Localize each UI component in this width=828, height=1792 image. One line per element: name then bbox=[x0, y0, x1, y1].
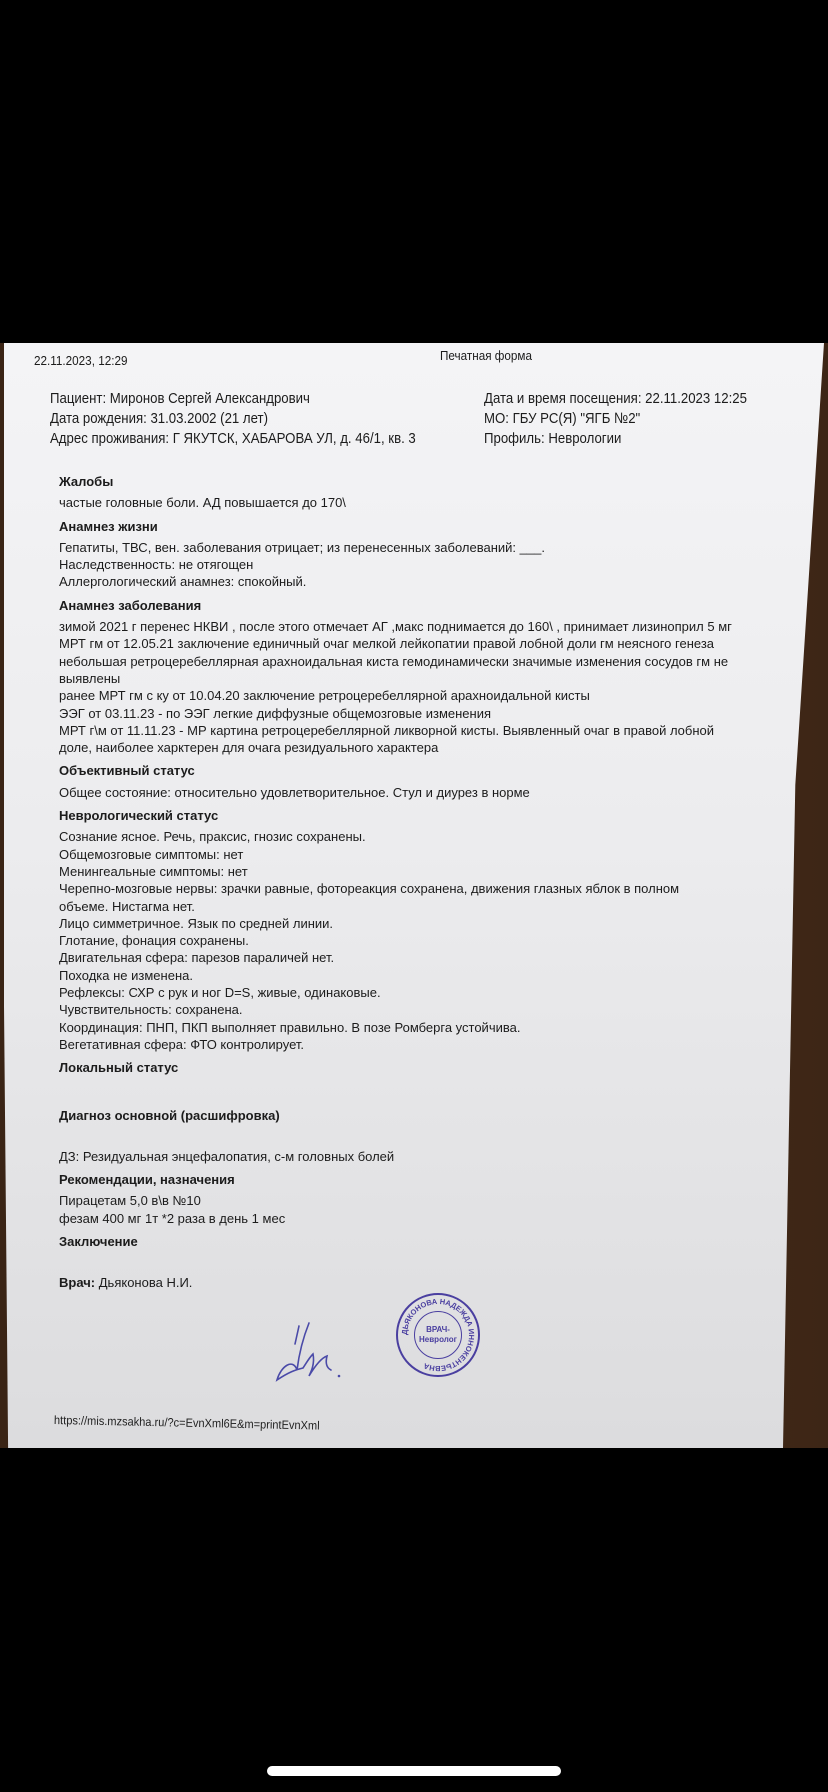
section-title: Неврологический статус bbox=[59, 807, 732, 824]
section-conclusion: Заключение bbox=[59, 1233, 732, 1274]
section-line: ЭЭГ от 03.11.23 - по ЭЭГ легкие диффузны… bbox=[59, 705, 732, 722]
stamp-center: ВРАЧ- Невролог bbox=[414, 1311, 462, 1359]
section-line: Чувствительность: сохранена. bbox=[59, 1001, 732, 1018]
section-title: Заключение bbox=[59, 1233, 732, 1250]
section-title: Объективный статус bbox=[59, 762, 732, 779]
section-line: Аллергологический анамнез: спокойный. bbox=[59, 573, 732, 590]
visit-info-right: Дата и время посещения: 22.11.2023 12:25… bbox=[484, 389, 747, 449]
document-photo: 22.11.2023, 12:29 Печатная форма Пациент… bbox=[0, 343, 828, 1448]
section-neuro-status: Неврологический статусСознание ясное. Ре… bbox=[59, 807, 732, 1053]
doctor-name: Дьяконова Н.И. bbox=[99, 1275, 193, 1290]
section-diagnosis: Диагноз основной (расшифровка)ДЗ: Резиду… bbox=[59, 1107, 732, 1166]
stamp-line-1: ВРАЧ- bbox=[426, 1325, 450, 1335]
section-line: ранее МРТ гм с ку от 10.04.20 заключение… bbox=[59, 687, 732, 704]
section-line: Походка не изменена. bbox=[59, 967, 732, 984]
section-line: Общее состояние: относительно удовлетвор… bbox=[59, 784, 732, 801]
section-title: Анамнез заболевания bbox=[59, 597, 732, 614]
section-disease-history: Анамнез заболеваниязимой 2021 г перенес … bbox=[59, 597, 732, 757]
footer-url: https://mis.mzsakha.ru/?c=EvnXml6E&m=pri… bbox=[54, 1413, 320, 1433]
signature-icon bbox=[269, 1318, 349, 1388]
section-recommendations: Рекомендации, назначения Пирацетам 5,0 в… bbox=[59, 1171, 732, 1227]
section-line: ДЗ: Резидуальная энцефалопатия, с-м голо… bbox=[59, 1148, 732, 1165]
patient-address: Адрес проживания: Г ЯКУТСК, ХАБАРОВА УЛ,… bbox=[50, 429, 416, 449]
section-title: Диагноз основной (расшифровка) bbox=[59, 1107, 732, 1124]
printed-at: 22.11.2023, 12:29 bbox=[34, 353, 127, 368]
section-complaints: Жалобычастые головные боли. АД повышаетс… bbox=[59, 473, 732, 512]
section-line: Вегетативная сфера: ФТО контролирует. bbox=[59, 1036, 732, 1053]
section-line: Сознание ясное. Речь, праксис, гнозис со… bbox=[59, 828, 732, 845]
section-line: Координация: ПНП, ПКП выполняет правильн… bbox=[59, 1019, 732, 1036]
section-line: зимой 2021 г перенес НКВИ , после этого … bbox=[59, 618, 732, 635]
visit-datetime: Дата и время посещения: 22.11.2023 12:25 bbox=[484, 389, 747, 409]
doctor-line: Врач: Дьяконова Н.И. bbox=[59, 1274, 732, 1291]
patient-name: Пациент: Миронов Сергей Александрович bbox=[50, 389, 416, 409]
section-line: выявлены bbox=[59, 670, 732, 687]
section-line: Наследственность: не отягощен bbox=[59, 556, 732, 573]
section-line: доле, наиболее харктерен для очага резид… bbox=[59, 739, 732, 756]
profile: Профиль: Неврологии bbox=[484, 429, 747, 449]
patient-birthdate: Дата рождения: 31.03.2002 (21 лет) bbox=[50, 409, 416, 429]
section-life-history: Анамнез жизниГепатиты, ТВС, вен. заболев… bbox=[59, 518, 732, 591]
doctor-stamp: ДЬЯКОНОВА НАДЕЖДА ИННОКЕНТЬЕВНА ВРАЧ- Не… bbox=[396, 1293, 480, 1377]
home-indicator[interactable] bbox=[267, 1766, 561, 1776]
section-line: небольшая ретроцеребеллярная арахноидаль… bbox=[59, 653, 732, 670]
section-line: Общемозговые симптомы: нет bbox=[59, 846, 732, 863]
doctor-label: Врач: bbox=[59, 1275, 95, 1290]
section-line: Черепно-мозговые нервы: зрачки равные, ф… bbox=[59, 880, 732, 897]
section-line: Двигательная сфера: парезов параличей не… bbox=[59, 949, 732, 966]
medical-organization: МО: ГБУ РС(Я) "ЯГБ №2" bbox=[484, 409, 747, 429]
section-line: Лицо симметричное. Язык по средней линии… bbox=[59, 915, 732, 932]
stamp-line-2: Невролог bbox=[419, 1335, 457, 1345]
form-content: Жалобычастые головные боли. АД повышаетс… bbox=[59, 467, 732, 1292]
patient-info-left: Пациент: Миронов Сергей Александрович Да… bbox=[50, 389, 416, 449]
printed-form: 22.11.2023, 12:29 Печатная форма Пациент… bbox=[4, 343, 824, 1448]
section-line: объеме. Нистагма нет. bbox=[59, 898, 732, 915]
section-title: Рекомендации, назначения bbox=[59, 1171, 732, 1188]
form-title: Печатная форма bbox=[440, 348, 532, 363]
section-line: частые головные боли. АД повышается до 1… bbox=[59, 494, 732, 511]
section-local-status: Локальный статус bbox=[59, 1059, 732, 1100]
section-line: Гепатиты, ТВС, вен. заболевания отрицает… bbox=[59, 539, 732, 556]
section-line: Рефлексы: СХР с рук и ног D=S, живые, од… bbox=[59, 984, 732, 1001]
section-objective-status: Объективный статусОбщее состояние: относ… bbox=[59, 762, 732, 801]
section-title: Жалобы bbox=[59, 473, 732, 490]
section-line: фезам 400 мг 1т *2 раза в день 1 мес bbox=[59, 1210, 732, 1227]
section-line: МРТ г\м от 11.11.23 - МР картина ретроце… bbox=[59, 722, 732, 739]
section-line: Менингеальные симптомы: нет bbox=[59, 863, 732, 880]
section-line: Пирацетам 5,0 в\в №10 bbox=[59, 1192, 732, 1209]
section-title: Анамнез жизни bbox=[59, 518, 732, 535]
section-title: Локальный статус bbox=[59, 1059, 732, 1076]
section-line: Глотание, фонация сохранены. bbox=[59, 932, 732, 949]
section-line: МРТ гм от 12.05.21 заключение единичный … bbox=[59, 635, 732, 652]
